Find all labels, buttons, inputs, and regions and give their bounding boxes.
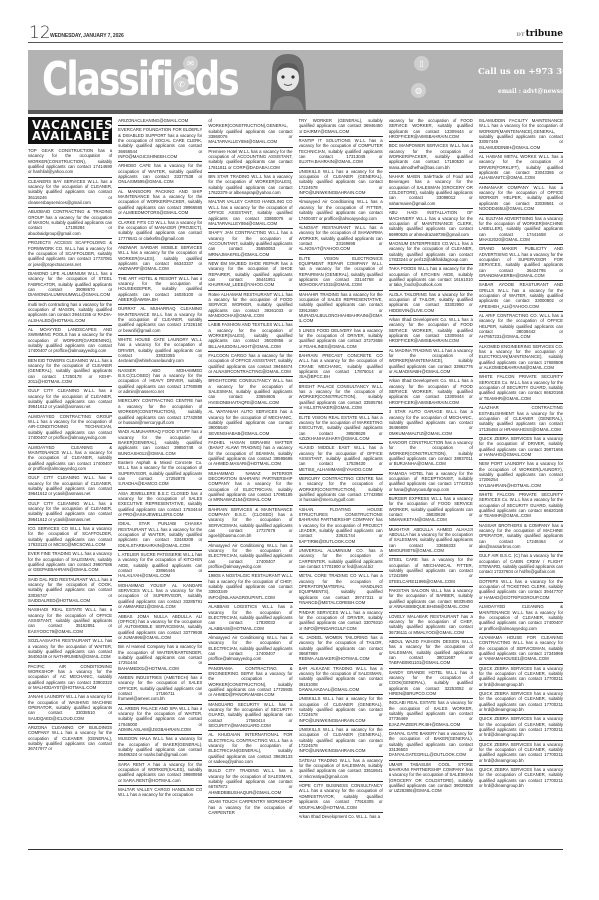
column-5: vacancy for the occupation of FOOD SERVI… [389, 117, 473, 848]
classified-ad: MALTAR VALLEY CARGO HANDLING CO W.L.L ha… [118, 786, 202, 800]
classified-ad: ALKOMED ENGINEERING SERVICES CO. has a v… [479, 343, 563, 374]
classified-ad: UNIVERSAL ALUMINIUM CO. has a vacancy fo… [299, 547, 383, 572]
classified-ad: ALMOAYYED CLEANING & MAINTENANCE W.L.L h… [479, 603, 563, 634]
column-2: ARIZONACLEANING@GMAIL.COMEVERCARE FOUNDA… [118, 117, 202, 848]
classified-ad: GOTRIPS W.L.L has a vacancy for the occu… [479, 578, 563, 603]
classified-ad: AL JADEEL WOMEN TAILORING has a vacancy … [299, 634, 383, 665]
classified-ad: WADI ALMUHARRAQ FOOD STUFF has a vacancy… [118, 428, 202, 459]
classified-ad: ASIA JEWELLERS B.S.C CLOSED has a vacanc… [118, 490, 202, 521]
classified-ad: SHAFY JAN CONTRACTING W.L.L has a vacanc… [208, 229, 292, 260]
classified-ad: FALCOON CARGO has a vacancy for the occu… [208, 352, 292, 377]
classified-ad: MUSOON HALA W.L.L has a vacancy for the … [118, 735, 202, 760]
globe-icon: ◍ [411, 83, 426, 98]
classified-ad: Arkan Ithad Development Co. W.L.L has a … [389, 316, 473, 347]
classified-ad: LABIB FASHION AND TEXTILES W.L.L has a v… [208, 321, 292, 352]
classified-ad: NAHAR MAIEN SaleTrade of Food and Bevera… [389, 173, 473, 209]
classified-ad: KANOOR CONSTRUCTION has a vacancy for th… [389, 439, 473, 470]
classified-ad: STEEL CARE has a vacancy for the occupat… [389, 556, 473, 587]
classified-ad: Rotee ALHAMAM RESTAURANT W.L.L has a vac… [208, 291, 292, 322]
classified-ad: RANTIP IT SOLUTIONS W.L.L has a vacancy … [299, 137, 383, 168]
classified-ad: GULF AIR B.S.C. (C) has a vacancy for th… [479, 552, 563, 577]
ad-list: ARIZONACLEANING@GMAIL.COMEVERCARE FOUNDA… [118, 117, 202, 800]
classified-ad: Almoayyed Air Conditioning W.L.L has a v… [299, 198, 383, 223]
classified-ad: ALABBASI LOGISTICS W.L.L has a vacancy f… [208, 603, 292, 634]
classified-ad: ISLAMUDDIN FACILITY MAINTENANCE W.L.L ha… [479, 117, 563, 153]
classified-ad: MUHAMMAD NAWAZ INTERIOR DECORATION BAHRA… [208, 470, 292, 506]
classified-ad: ABDUL WAJID FASHION DESIGN W.L.L has a v… [389, 638, 473, 669]
classified-ad: NASSER ABO MOHAMMED B.S.C(CLOSED) has a … [118, 367, 202, 398]
classified-ad: NEW PORT LAUNDRY has a vacancy for the o… [479, 460, 563, 491]
classified-ad: PROJECTS ACCESS SCAFFOLDING & FORMWORK C… [28, 239, 112, 270]
classified-ad: ALMOAYYED CONTRACTING GROUP W.L.L has a … [28, 413, 112, 444]
mascot-illustration [264, 52, 312, 112]
classified-ad: UNISKILLS W.L.L has a vacancy for the oc… [299, 168, 383, 199]
phone-icon: ✆ [174, 77, 189, 92]
classified-ad: GATEAU TRADING W.L.L has a vacancy for t… [299, 757, 383, 782]
classified-ad: AL KHUDAIAN INTERNATIONAL FOR ELECTRICAL… [208, 731, 292, 767]
badge-line-2: AVAILABLE [32, 131, 108, 142]
classified-ad: BRIGHTCORE CONSULTANCY W.L.L has a vacan… [208, 377, 292, 408]
classified-ad: GULF CITY CLEANING W.L.L has a vacancy f… [28, 474, 112, 499]
classified-ad: ALASID MIDDLE EAST W.L.L has a vacancy f… [299, 444, 383, 475]
banner-bottom-strip [28, 110, 563, 114]
classified-ad: AL MOAYYED LANDSCAPES AND SWIMMING POOLS… [28, 326, 112, 357]
classified-ad: AL HABANI METAL WORKS W.L.L has a vacanc… [479, 153, 563, 184]
classified-ad: ABBAS JOMA NULLA ABDULLA ALI (OFFICE) ha… [118, 613, 202, 644]
classified-ad: ALOLA TAILORING has a vacancy for the oc… [389, 291, 473, 316]
classified-ad: L ATELIER SUCRE PATISSERIE W.L.L has a v… [118, 551, 202, 582]
classified-ad: PANORAMA CONTRACTING & ENGINEERING SERVI… [208, 665, 292, 701]
classified-ad: ANDWAR SARDAR MOBILE SERVICES W.L.L has … [118, 244, 202, 275]
classified-ad: QUICK ZEBRA SERVICES has a vacancy for t… [479, 715, 563, 740]
classified-ad: MALTAR VALLEY CARGO HANDLING CO W.L.L ha… [208, 198, 292, 229]
classified-ad: Almoayyed Air Conditioning W.L.L has a v… [208, 542, 292, 573]
classified-ad: ALNOSAT RESTAURANT W.L.L has a vacancy f… [299, 224, 383, 255]
classified-ad: 5 LINES FOOD DELIVERY has a vacancy for … [299, 327, 383, 352]
classified-ad: NASIHADI REAL ESTATE W.L.L has a vacancy… [28, 606, 112, 637]
classified-ad: PAKISTAN SALOON W.L.L has a vacancy for … [389, 587, 473, 612]
ad-list: TOP GEAR CONSTRUCTION has a vacancy for … [28, 147, 112, 754]
classified-ad: QUICK ZEBRA SERVICES has a vacancy for t… [479, 435, 563, 460]
classified-ad: SANDY GRANDE HOTEL W.L.L has a vacancy f… [389, 669, 473, 700]
call-us-text: Call us on +973 36458394 [478, 67, 563, 77]
classified-ad: ABUOBAID CONTRACTING & TRADING GROUP has… [28, 208, 112, 239]
ad-list: vacancy for the occupation of FOOD SERVI… [389, 117, 473, 796]
classified-ad: QUICK ZEBRA SERVICES has a vacancy for t… [479, 665, 563, 690]
classified-ad: QUICK ZEBRA SERVICES has a vacancy for t… [479, 690, 563, 715]
classified-ad: BURGER EXPRESS W.L.L has a vacancy for t… [389, 495, 473, 526]
classified-ad: AL MADINA TRADING W.L.L has a vacancy fo… [389, 347, 473, 378]
classified-ad: INOLABI REAL ESTATE has a vacancy for th… [389, 699, 473, 730]
classified-ad: WHITE HOUSE GATE LAUNDRY W.L.L has a vac… [118, 336, 202, 367]
classified-ad: UMAIR TABASUM COOL STORE BAHRAINI PARTNE… [389, 761, 473, 796]
classified-ad: MERCURY CONTRACTING CENTRE has a vacancy… [118, 397, 202, 428]
classified-ad: LOVELY MALABAR RESTAURANT has a vacancy … [389, 613, 473, 638]
classified-ad: SAID DAL RED RESTAURANT W.L.L has a vaca… [28, 576, 112, 607]
classified-ad: FADHEL HASAN EBRAHIM MATTER (BANAT ALAWI… [208, 439, 292, 470]
classified-ad: 1980S A NOSTALGIC RESTAURANT W.L.L has a… [208, 572, 292, 603]
classified-ad: ELITE VISION ELECTRONICS EQUIPMENT REPAI… [299, 255, 383, 291]
column-3: of WORKER(CONSTRUCTION),GENERAL, suitabl… [208, 117, 292, 848]
classified-ad: ARIZONACLEANING@GMAIL.COM [118, 117, 202, 126]
classified-ad: BRIGHT PALACE CONSULTANCY W.L.L has a va… [299, 383, 383, 414]
classified-ad: TAKA FOODS W.L.L has a vacancy for the o… [389, 265, 473, 290]
classified-ad: NEW EM MAJEED SHOE REPAIR has a vacancy … [208, 260, 292, 291]
classified-ad: of WORKER(CONSTRUCTION),GENERAL, suitabl… [208, 117, 292, 148]
classified-ad: AL SULTANI ADVERTISING has a vacancy for… [479, 215, 563, 246]
classified-ad: GULF CITY CLEANING W.L.L has a vacancy f… [28, 500, 112, 525]
classified-ad: DIAMOND LIFE ALUMINIUM W.L.L has a vacan… [28, 270, 112, 301]
classified-ad: SABAR AYOOB REASTURANT AND GRILLS W.L.L … [479, 281, 563, 312]
email-text: email : advt@newsofbahrain.com [498, 88, 563, 95]
classified-ad: MOHAMMAD YOUSIF AL KANDARI SERVICES W.L.… [118, 582, 202, 613]
logo-text: tribune [526, 29, 563, 39]
classified-ad: THE ART HOTEL & RESORT W.L.L has a vacan… [118, 275, 202, 306]
classified-ad: BAHRAIN SERVICES & MAINTENANCE COMPANY B… [208, 506, 292, 542]
classified-ad: ALAZHAR CONTRACTING ESTABLISHMENT has a … [479, 404, 563, 435]
classified-ad: ELITE VISION REAL ESTATE W.L.L has a vac… [299, 414, 383, 445]
classified-ad: PACIFIC AIR CONDITIONING WORKSHOP has a … [28, 663, 112, 694]
footer-rule [28, 849, 563, 850]
ad-list: TRY WORKER (GENERAL), suitably qualified… [299, 117, 383, 821]
classified-ad: MANGUARD SECURITY W.L.L has a vacancy fo… [208, 701, 292, 732]
classified-ad: ARHEBO CAFE has a vacancy for the occupa… [118, 162, 202, 187]
classified-ad: AL AREEN PALACE AND SPA W.L.L has a vaca… [118, 705, 202, 736]
banner-title: Classifieds [42, 51, 238, 107]
classified-ad: QUICK ZEBRA SERVICES has a vacancy for t… [479, 766, 563, 790]
classified-ad: QUICK ZEBRA SERVICES has a vacancy for t… [479, 741, 563, 766]
classified-ad: BDC MANPOWER SERVICES W.L.L has a vacanc… [389, 142, 473, 173]
classified-ad: Eastern Asphalt & Mixed Concrete Co. W.L… [118, 459, 202, 490]
classified-ad: METAL CORE TRADING CO W.L.L has a vacanc… [299, 572, 383, 608]
classified-ad: JANAHI LAUNDRY W.L.L has a vacancy for t… [28, 693, 112, 724]
mail-icon: ✉ [183, 56, 198, 71]
logo-mark: DT [517, 32, 525, 38]
classified-ad: Arkan Ithad Development Co. W.L.L. has a [299, 813, 383, 821]
classified-ad: IDEAL STAR PUNJABI CHASKA RESTAURANT W.L… [118, 520, 202, 551]
classified-ad: WHITE FALCON PRIVATE SECURITY SERVICES C… [479, 373, 563, 404]
classified-ad: CLEANERS BAY SERVICES W.L.L has a vacanc… [28, 178, 112, 209]
classified-ad: BIN STAR TRADING W.L.L has a vacancy for… [208, 173, 292, 198]
classified-ad: TRY WORKER (GENERAL), suitably qualified… [299, 117, 383, 137]
classified-ad: Almoayyed Air Conditioning W.L.L has a v… [208, 634, 292, 665]
classified-ad: BAHRAIN PRECAST CONCRETE CO W.L.L has a … [299, 352, 383, 383]
tribune-logo: DTtribune [517, 29, 564, 39]
ad-list: ISLAMUDDIN FACILITY MAINTENANCE W.L.L ha… [479, 117, 563, 790]
column-4: TRY WORKER (GENERAL), suitably qualified… [299, 117, 383, 848]
classified-ad: MERCURY CONTRACTING CENTRE has a vacancy… [299, 475, 383, 506]
classified-ad: GULF CITY CLEANING W.L.L has a vacancy f… [28, 387, 112, 412]
classified-columns: VACANCIES AVAILABLE TOP GEAR CONSTRUCTIO… [28, 117, 563, 848]
classified-ad: multi tech contracting has a vacancy for… [28, 301, 112, 326]
classified-ad: ABU HADI INSTALLATION OF MACHINERY W.L.L… [389, 209, 473, 240]
classified-ad: AMEEN INDUSTRIES (AMETECH) has a vacancy… [118, 674, 202, 705]
classified-ad: BAR ALKAZAE TRADING W.L.L has a vacancy … [299, 665, 383, 696]
classified-ad: ARIZONA CLEANING OF BUILDINGS COMPANY W.… [28, 724, 112, 754]
classified-ad: 3 STAR AUTO GARAGE W.L.L has a vacancy f… [389, 408, 473, 439]
classified-ad: MUKHTAR ABDULLA AHMED ALHAJJI ABDULLA ha… [389, 526, 473, 557]
classified-ad: DURRAT AL MUHARRAQ CLEANING MAINTENANCE … [118, 305, 202, 336]
classified-ad: AL ARIF CONTRACTING CO. W.L.L has a vaca… [479, 312, 563, 343]
classified-ad: SARA RENT A has a vacancy for the occupa… [118, 761, 202, 786]
classified-ad: MAHAHIR TRADING has a vacancy for the oc… [299, 291, 383, 327]
page-date: WEDNESDAY, JANUARY 7, 2026 [50, 33, 124, 39]
classified-ad: AHNANAAR COMPANY W.L.L has a vacancy for… [479, 184, 563, 215]
classified-ad: AL WATANIAH AUTO SERVICES has a vacancy … [208, 408, 292, 439]
ad-list: of WORKER(CONSTRUCTION),GENERAL, suitabl… [208, 117, 292, 817]
classified-ad: RAMADA HOTEL has a vacancy for the occup… [389, 470, 473, 495]
classified-ad: DANYAL GATE BAKERY has a vacancy for the… [389, 730, 473, 761]
mobile-icon: ▯ [414, 56, 429, 71]
column-1: VACANCIES AVAILABLE TOP GEAR CONSTRUCTIO… [28, 117, 112, 848]
classified-ad: ASHAN FLOATING HOUSE STRUCTURES CONSTRUC… [299, 506, 383, 547]
classified-ad: MAGNUM ENTERPRISES CO.W.L.L has a vacanc… [389, 240, 473, 265]
classified-ad: BEN EID TOWERS CLEANING W.L.L has a vaca… [28, 357, 112, 388]
classified-ad: Bin Al Hamed Company has a vacancy for t… [118, 643, 202, 674]
classified-ad: ICG SERVICES CO W.L.L has a vacancy for … [28, 525, 112, 550]
classified-ad: ALMOAYYED CLEANING & MAINTENANCE W.L.L h… [28, 444, 112, 475]
classifieds-banner: Classifieds ✉ ✆ ▯ ◍ Call us on +973 3645… [28, 50, 563, 114]
classified-ad: NASSAR BROTHERS & COMPANY has a vacancy … [479, 522, 563, 553]
classified-ad: UNISKILLS W.L.L has a vacancy for the oc… [299, 726, 383, 757]
column-6: ISLAMUDDIN FACILITY MAINTENANCE W.L.L ha… [479, 117, 563, 848]
classified-ad: SOZLAASAATHI RESTAURANT W.L.L has a vaca… [28, 637, 112, 662]
classified-ad: PINDAR SERVICES W.L.L has a vacancy for … [299, 609, 383, 634]
classified-ad: GRAND MAKER PUBLICITY AND ADVERTISING W.… [479, 245, 563, 281]
classified-ad: EVER FINE TRADING W.L.L has a vacancy fo… [28, 550, 112, 575]
classified-ad: vacancy for the occupation of FOOD SERVI… [389, 117, 473, 142]
classified-ad: TOP GEAR CONSTRUCTION has a vacancy for … [28, 147, 112, 178]
classified-ad: HOPE CITY BUSINESS CONSULTANCY W.L.L has… [299, 782, 383, 813]
classified-ad: Premiere Hotel W.L.L has a vacancy for t… [208, 148, 292, 173]
classified-ad: ADAM TOUCH CARPENTRY WORKSHOP has a vaca… [208, 798, 292, 817]
classified-ad: Arkan Ithad Development Co. W.L.L has a … [389, 377, 473, 408]
classified-ad: CLARKE FITS CO W.L.L has a vacancy for t… [118, 219, 202, 244]
classified-ad: ALYAMAMA HOUSE FOR CLEANING CONTRACTING … [479, 634, 563, 665]
vacancies-available-badge: VACANCIES AVAILABLE [28, 117, 112, 144]
page-number: 12 [29, 23, 51, 43]
classified-ad: UNISKILLS W.L.L has a vacancy for the oc… [299, 695, 383, 726]
classified-ad: WHITE FALCON PRIVATE SECURITY SERVICES C… [479, 491, 563, 522]
classified-ad: AL MANSOORI PACKING AND SHIP MAINTENANCE… [118, 188, 202, 219]
classified-ad: EVERCARE FOUNDATION FOR ELDERLY & DISABL… [118, 126, 202, 162]
classified-ad: BUILD CITY TRADING W.L.L has a vacancy f… [208, 767, 292, 798]
page-header: 12 WEDNESDAY, JANUARY 7, 2026 DTtribune [28, 26, 563, 43]
